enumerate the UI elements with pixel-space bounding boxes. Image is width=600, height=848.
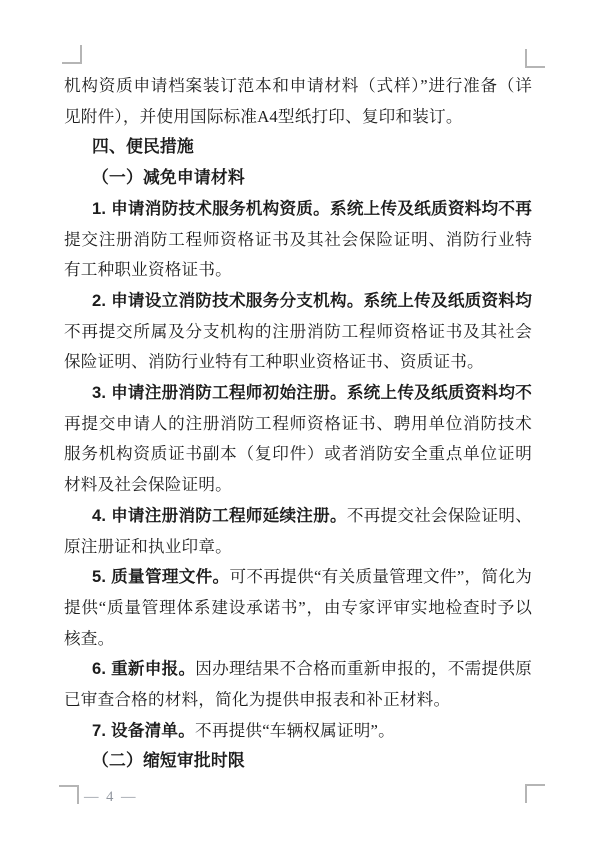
crop-mark-bottom-left: [59, 785, 79, 804]
section-heading-text: 四、便民措施: [92, 137, 194, 156]
subsection-heading-2: （二）缩短审批时限: [64, 746, 532, 777]
list-item-5: 5. 质量管理文件。可不再提供“有关质量管理文件”，简化为提供“质量管理体系建设…: [64, 562, 532, 654]
list-item-2: 2. 申请设立消防技术服务分支机构。系统上传及纸质资料均不再提交所属及分支机构的…: [64, 286, 532, 378]
list-item-4: 4. 申请注册消防工程师延续注册。不再提交社会保险证明、原注册证和执业印章。: [64, 501, 532, 562]
crop-mark-bottom-right: [525, 784, 545, 803]
list-item-1-lead: 1. 申请消防技术服务机构资质。系统上传及纸质资料均不再: [92, 199, 532, 218]
list-item-4-lead: 4. 申请注册消防工程师延续注册。: [92, 506, 347, 525]
subsection-heading-1-text: （一）减免申请材料: [92, 168, 245, 187]
list-item-3: 3. 申请注册消防工程师初始注册。系统上传及纸质资料均不再提交申请人的注册消防工…: [64, 378, 532, 501]
document-body: 机构资质申请档案装订范本和申请材料（式样）”进行准备（详见附件），并使用国际标准…: [64, 71, 532, 777]
intro-text: 机构资质申请档案装订范本和申请材料（式样）”进行准备（详见附件），并使用国际标准…: [64, 76, 532, 126]
section-heading: 四、便民措施: [64, 132, 532, 163]
list-item-6-lead: 6. 重新申报。: [92, 659, 195, 678]
crop-mark-top-right: [525, 49, 545, 68]
list-item-3-rest: 再提交申请人的注册消防工程师资格证书、聘用单位消防技术服务机构资质证书副本（复印…: [64, 414, 532, 494]
list-item-6: 6. 重新申报。因办理结果不合格而重新申报的，不需提供原已审查合格的材料，简化为…: [64, 654, 532, 715]
list-item-1-rest: 提交注册消防工程师资格证书及其社会保险证明、消防行业特有工种职业资格证书。: [64, 230, 532, 280]
document-page: 机构资质申请档案装订范本和申请材料（式样）”进行准备（详见附件），并使用国际标准…: [0, 0, 600, 848]
list-item-7-rest: 不再提供“车辆权属证明”。: [195, 721, 395, 740]
list-item-7: 7. 设备清单。不再提供“车辆权属证明”。: [64, 716, 532, 747]
list-item-2-lead: 2. 申请设立消防技术服务分支机构。系统上传及纸质资料均: [92, 291, 532, 310]
intro-paragraph: 机构资质申请档案装订范本和申请材料（式样）”进行准备（详见附件），并使用国际标准…: [64, 71, 532, 132]
subsection-heading-2-text: （二）缩短审批时限: [92, 751, 245, 770]
list-item-2-rest: 不再提交所属及分支机构的注册消防工程师资格证书及其社会保险证明、消防行业特有工种…: [64, 322, 532, 372]
list-item-3-lead: 3. 申请注册消防工程师初始注册。系统上传及纸质资料均不: [92, 383, 532, 402]
subsection-heading-1: （一）减免申请材料: [64, 163, 532, 194]
list-item-1: 1. 申请消防技术服务机构资质。系统上传及纸质资料均不再提交注册消防工程师资格证…: [64, 194, 532, 286]
crop-mark-top-left: [62, 45, 82, 64]
list-item-7-lead: 7. 设备清单。: [92, 721, 195, 740]
page-number: — 4 —: [84, 789, 138, 806]
list-item-5-lead: 5. 质量管理文件。: [92, 567, 229, 586]
